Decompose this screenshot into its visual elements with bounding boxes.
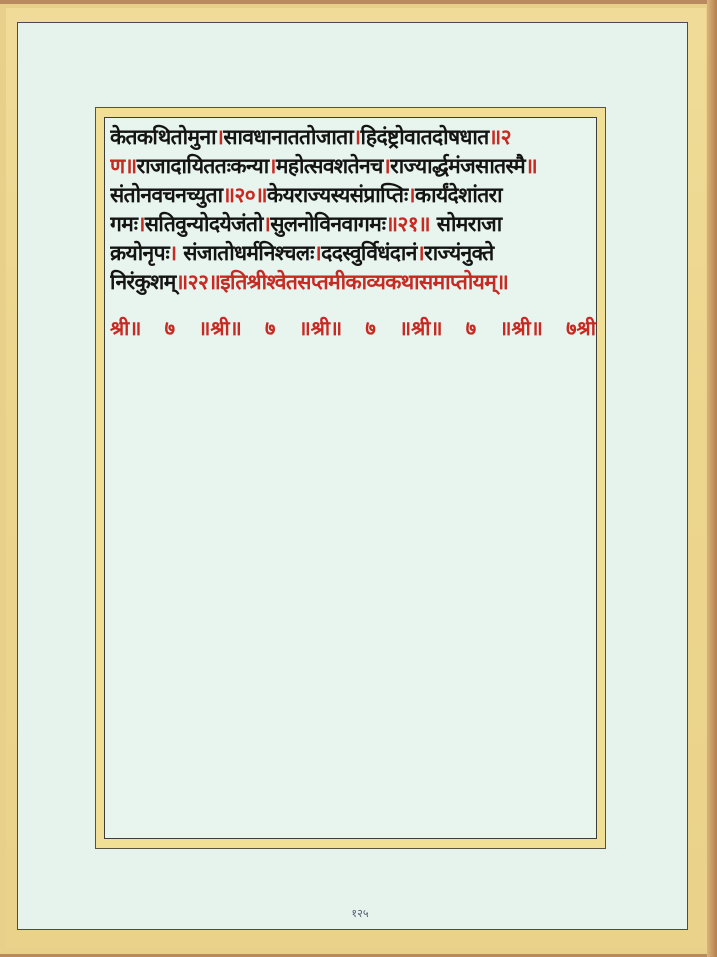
paper-edge-stain xyxy=(707,0,717,957)
shri-token: ७श्री xyxy=(566,314,596,342)
black-ink-segment: राज्यार्द्धमंजसातस्मै xyxy=(390,154,525,178)
black-ink-segment: ददस्वुर्विधंदानं xyxy=(321,241,417,265)
manuscript-line: निरंकुशम्॥२२॥इतिश्रीश्वेतसप्तमीकाव्यकथास… xyxy=(110,268,596,297)
black-ink-segment: सतिवुन्योदयेजंतो xyxy=(145,212,263,236)
black-ink-segment: सोमराजा xyxy=(430,212,502,236)
red-ink-segment: ॥ xyxy=(525,154,537,178)
shri-token: ७ xyxy=(165,314,175,342)
black-ink-segment: संजातोधर्मनिश्चलः xyxy=(177,241,314,265)
black-ink-segment: राज्यंनुक्ते xyxy=(424,241,494,265)
red-ink-segment: । xyxy=(408,183,415,207)
black-ink-segment: महोत्सवशतेनच xyxy=(276,154,383,178)
red-ink-segment: ॥२२॥इतिश्रीश्वेतसप्तमीकाव्यकथासमाप्तोयम्… xyxy=(176,270,509,294)
manuscript-line: केतकथितोमुना।सावधानाततोजाता।हिदंष्ट्रोवा… xyxy=(110,123,596,152)
red-ink-segment: ॥२ xyxy=(489,125,511,149)
manuscript-line: गमः।सतिवुन्योदयेजंतो।सुलनोविनवागमः॥२१॥ स… xyxy=(110,210,596,239)
red-ink-segment: ण॥ xyxy=(110,154,137,178)
shri-token: ७ xyxy=(466,314,476,342)
black-ink-segment: केतकथितोमुना xyxy=(110,125,216,149)
black-ink-segment: कार्यंदेशांतरा xyxy=(415,183,502,207)
black-ink-segment: सुलनोविनवागमः xyxy=(270,212,385,236)
red-ink-segment: ॥२०॥ xyxy=(222,183,267,207)
black-ink-segment: राजादायिततःकन्या xyxy=(137,154,269,178)
page-number: १२५ xyxy=(330,906,390,921)
shri-token: ॥श्री॥ xyxy=(198,314,241,342)
shri-token: ७ xyxy=(365,314,375,342)
red-ink-segment: । xyxy=(169,241,176,265)
manuscript-line: ण॥राजादायिततःकन्या।महोत्सवशतेनच।राज्यार्… xyxy=(110,152,596,181)
shri-token: श्री॥ xyxy=(110,314,141,342)
shri-invocation-row: श्री॥७॥श्री॥७॥श्री॥७॥श्री॥७॥श्री॥७श्री xyxy=(110,314,596,342)
red-ink-segment: ॥२१॥ xyxy=(385,212,430,236)
black-ink-segment: संतोनवचनच्युता xyxy=(110,183,222,207)
red-ink-segment: । xyxy=(269,154,276,178)
manuscript-text: केतकथितोमुना।सावधानाततोजाता।हिदंष्ट्रोवा… xyxy=(110,123,596,297)
black-ink-segment: निरंकुशम् xyxy=(110,270,176,294)
shri-token: ७ xyxy=(265,314,275,342)
manuscript-line: संतोनवचनच्युता॥२०॥केयराज्यस्यसंप्राप्तिः… xyxy=(110,181,596,210)
shri-token: ॥श्री॥ xyxy=(299,314,342,342)
shri-token: ॥श्री॥ xyxy=(399,314,442,342)
black-ink-segment: हिदंष्ट्रोवातदोषधात xyxy=(360,125,488,149)
shri-token: ॥श्री॥ xyxy=(500,314,543,342)
black-ink-segment: सावधानाततोजाता xyxy=(223,125,353,149)
black-ink-segment: केयराज्यस्यसंप्राप्तिः xyxy=(267,183,408,207)
black-ink-segment: गमः xyxy=(110,212,137,236)
red-ink-segment: । xyxy=(137,212,144,236)
manuscript-line: क्रयोनृपः। संजातोधर्मनिश्चलः।ददस्वुर्विध… xyxy=(110,239,596,268)
black-ink-segment: क्रयोनृपः xyxy=(110,241,169,265)
